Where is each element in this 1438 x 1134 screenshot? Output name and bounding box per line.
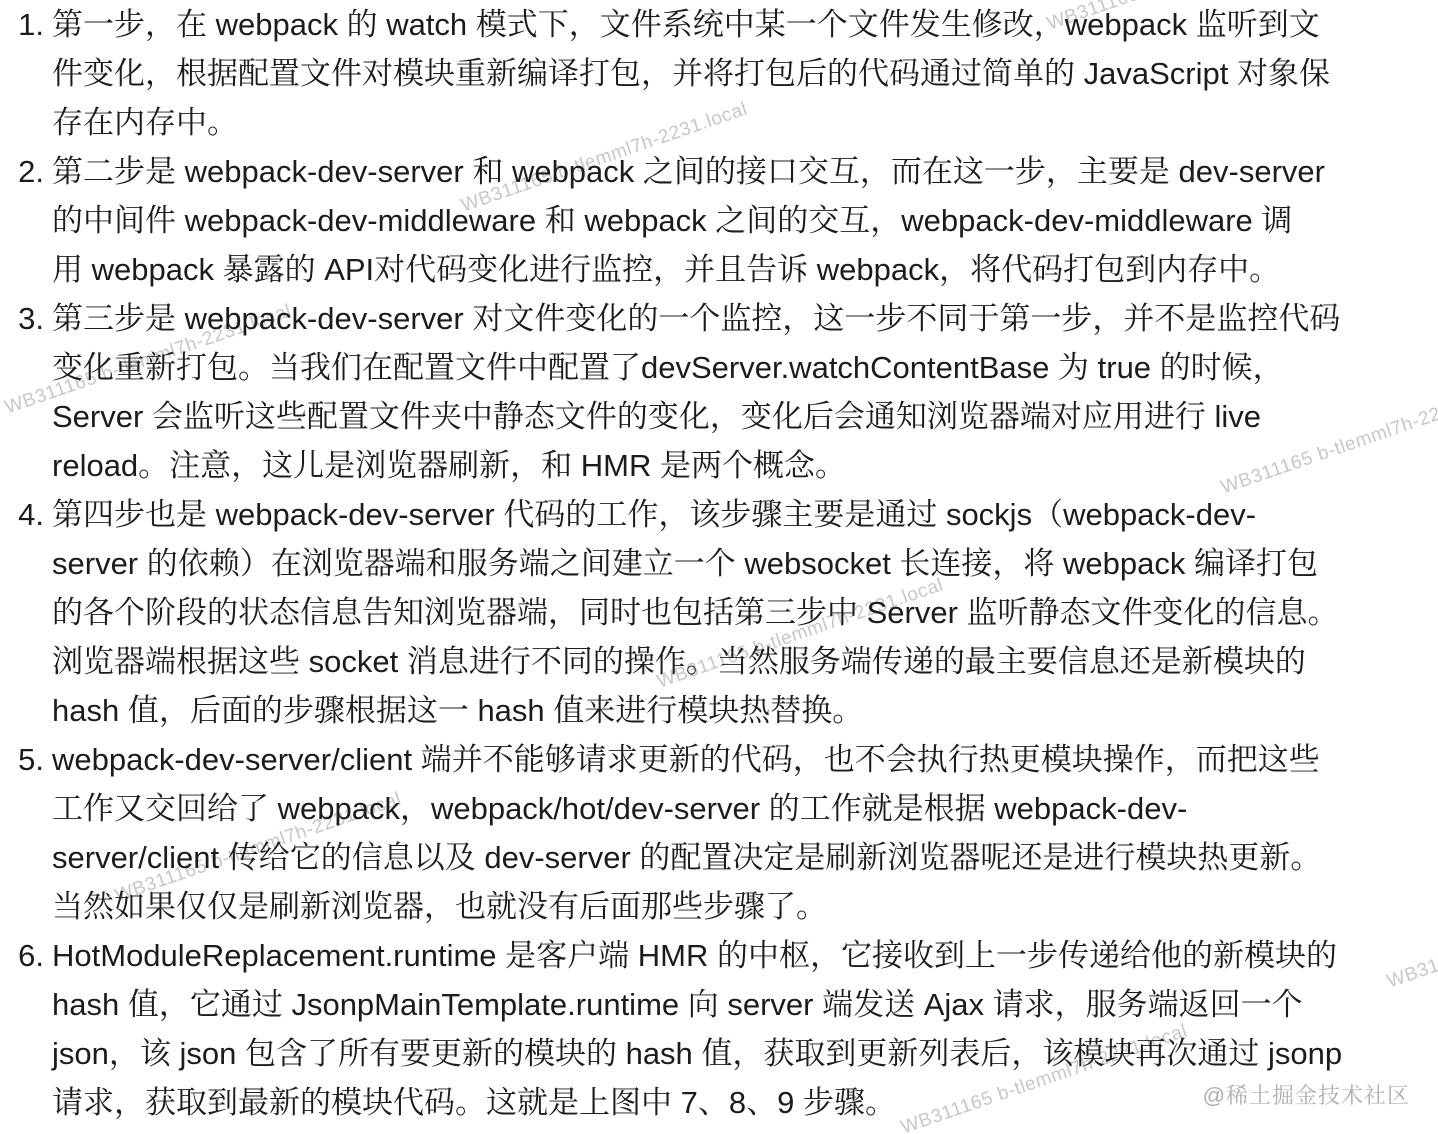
step-number: 5. — [0, 735, 52, 784]
step-text: 第三步是 webpack-dev-server 对文件变化的一个监控，这一步不同… — [52, 294, 1438, 490]
step-text-line: HotModuleReplacement.runtime 是客户端 HMR 的中… — [52, 931, 1438, 980]
step-number: 3. — [0, 294, 52, 343]
step-list: 1.第一步，在 webpack 的 watch 模式下，文件系统中某一个文件发生… — [0, 0, 1438, 1127]
step-text-line: 的各个阶段的状态信息告知浏览器端，同时也包括第三步中 Server 监听静态文件… — [52, 588, 1438, 637]
step-item-1: 1.第一步，在 webpack 的 watch 模式下，文件系统中某一个文件发生… — [0, 0, 1438, 147]
step-text-line: 用 webpack 暴露的 API对代码变化进行监控，并且告诉 webpack，… — [52, 245, 1438, 294]
step-number: 1. — [0, 0, 52, 49]
juejin-credit-watermark: @稀土掘金技术社区 — [1203, 1079, 1410, 1110]
step-text-line: 第二步是 webpack-dev-server 和 webpack 之间的接口交… — [52, 147, 1438, 196]
step-item-5: 5.webpack-dev-server/client 端并不能够请求更新的代码… — [0, 735, 1438, 931]
step-text-line: 第四步也是 webpack-dev-server 代码的工作，该步骤主要是通过 … — [52, 490, 1438, 539]
step-text-line: 变化重新打包。当我们在配置文件中配置了devServer.watchConten… — [52, 343, 1438, 392]
step-text-line: 的中间件 webpack-dev-middleware 和 webpack 之间… — [52, 196, 1438, 245]
step-text: webpack-dev-server/client 端并不能够请求更新的代码，也… — [52, 735, 1438, 931]
step-number: 6. — [0, 931, 52, 980]
step-number: 4. — [0, 490, 52, 539]
step-text-line: hash 值，后面的步骤根据这一 hash 值来进行模块热替换。 — [52, 686, 1438, 735]
step-text: 第一步，在 webpack 的 watch 模式下，文件系统中某一个文件发生修改… — [52, 0, 1438, 147]
step-text-line: 工作又交回给了 webpack，webpack/hot/dev-server 的… — [52, 784, 1438, 833]
step-text-line: server/client 传给它的信息以及 dev-server 的配置决定是… — [52, 833, 1438, 882]
step-text-line: 存在内存中。 — [52, 98, 1438, 147]
step-number: 2. — [0, 147, 52, 196]
step-item-2: 2.第二步是 webpack-dev-server 和 webpack 之间的接… — [0, 147, 1438, 294]
step-text-line: hash 值，它通过 JsonpMainTemplate.runtime 向 s… — [52, 980, 1438, 1029]
step-item-4: 4.第四步也是 webpack-dev-server 代码的工作，该步骤主要是通… — [0, 490, 1438, 735]
step-text: 第四步也是 webpack-dev-server 代码的工作，该步骤主要是通过 … — [52, 490, 1438, 735]
step-text-line: server 的依赖）在浏览器端和服务端之间建立一个 websocket 长连接… — [52, 539, 1438, 588]
step-text-line: 浏览器端根据这些 socket 消息进行不同的操作。当然服务端传递的最主要信息还… — [52, 637, 1438, 686]
step-text-line: 件变化，根据配置文件对模块重新编译打包，并将打包后的代码通过简单的 JavaSc… — [52, 49, 1438, 98]
step-text-line: 第一步，在 webpack 的 watch 模式下，文件系统中某一个文件发生修改… — [52, 0, 1438, 49]
step-text: 第二步是 webpack-dev-server 和 webpack 之间的接口交… — [52, 147, 1438, 294]
step-text-line: Server 会监听这些配置文件夹中静态文件的变化，变化后会通知浏览器端对应用进… — [52, 392, 1438, 441]
step-text-line: 当然如果仅仅是刷新浏览器，也就没有后面那些步骤了。 — [52, 882, 1438, 931]
step-text-line: 第三步是 webpack-dev-server 对文件变化的一个监控，这一步不同… — [52, 294, 1438, 343]
step-item-3: 3.第三步是 webpack-dev-server 对文件变化的一个监控，这一步… — [0, 294, 1438, 490]
article-page: WB311165 b-tlemml7h-2231.localWB311165 b… — [0, 0, 1438, 1134]
step-text-line: webpack-dev-server/client 端并不能够请求更新的代码，也… — [52, 735, 1438, 784]
step-text-line: reload。注意，这儿是浏览器刷新，和 HMR 是两个概念。 — [52, 441, 1438, 490]
step-text-line: json，该 json 包含了所有要更新的模块的 hash 值，获取到更新列表后… — [52, 1029, 1438, 1078]
